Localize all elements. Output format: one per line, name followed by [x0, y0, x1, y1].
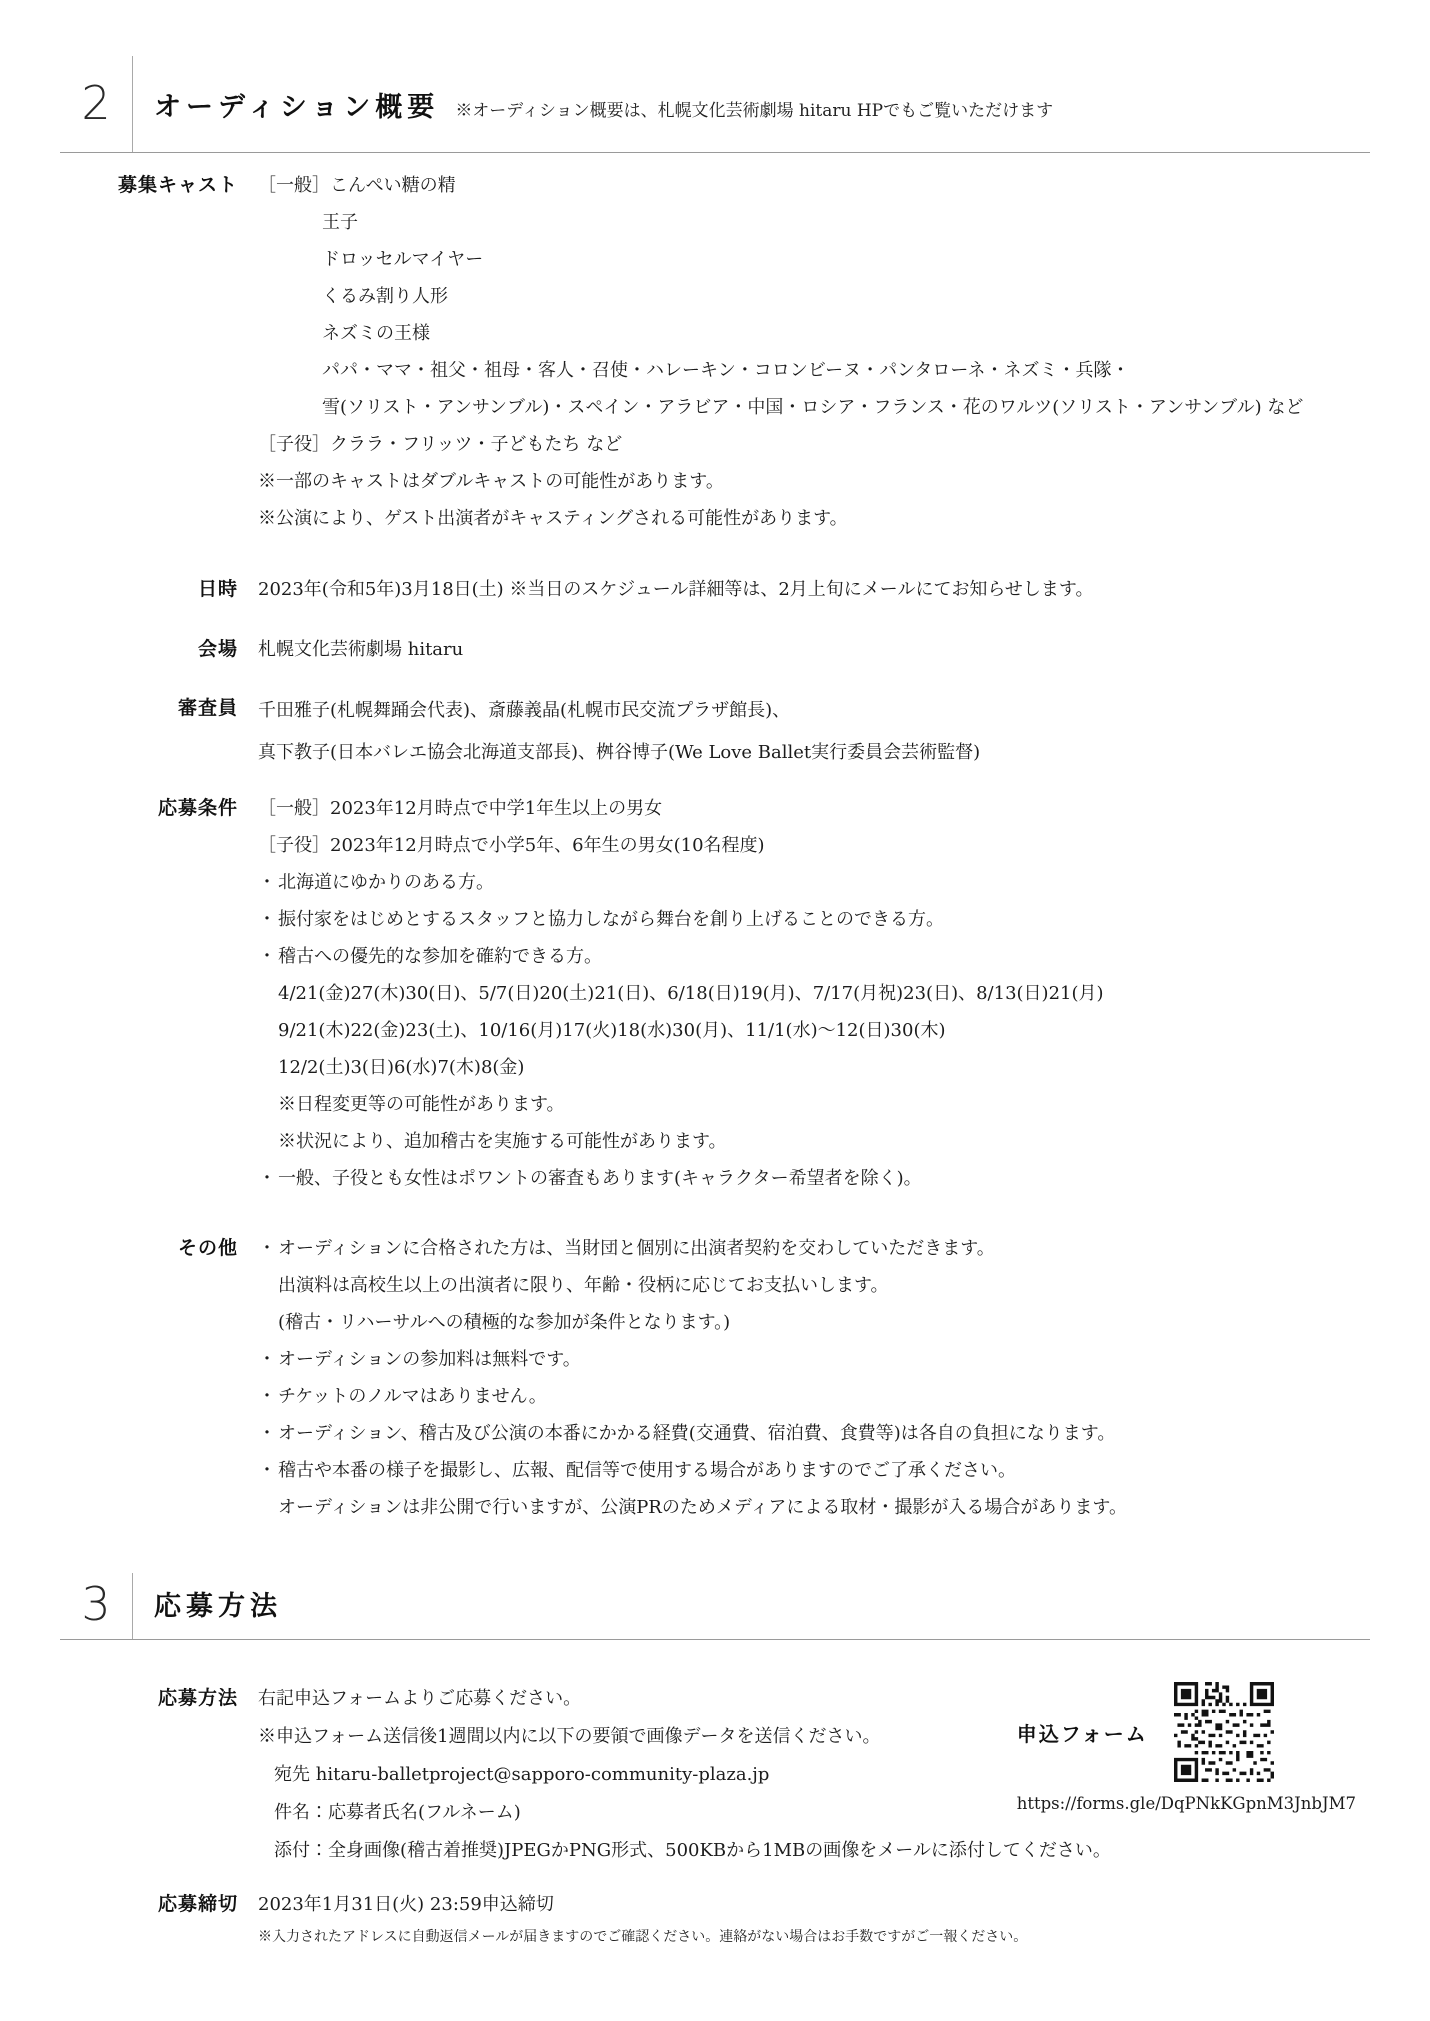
- venue-text: 札幌文化芸術劇場 hitaru: [258, 631, 1370, 668]
- form-label: 申込フォーム: [1017, 1718, 1148, 1747]
- conditions-bullet: ・振付家をはじめとするスタッフと協力しながら舞台を創り上げることのできる方。: [258, 901, 1370, 938]
- qr-code[interactable]: [1174, 1682, 1274, 1782]
- bullet-icon: ・: [258, 864, 278, 901]
- conditions-child-tag: ［子役］: [258, 827, 330, 864]
- conditions-bullet-text: 稽古への優先的な参加を確約できる方。: [278, 946, 602, 967]
- rehearsal-dates: 4/21(金)27(木)30(日)、5/7(日)20(土)21(日)、6/18(…: [278, 975, 1370, 1012]
- email-address[interactable]: hitaru-balletproject@sapporo-community-p…: [316, 1764, 770, 1785]
- rehearsal-dates: 12/2(土)3(日)6(水)7(木)8(金): [278, 1049, 1370, 1086]
- cast-general-lead: こんぺい糖の精: [330, 175, 456, 196]
- conditions-bullet: ・北海道にゆかりのある方。: [258, 864, 1370, 901]
- datetime-text: 2023年(令和5年)3月18日(土) ※当日のスケジュール詳細等は、2月上旬に…: [258, 571, 1370, 608]
- section2-title: オーディション概要: [154, 85, 439, 124]
- judges-label: 審査員: [60, 690, 238, 774]
- bullet-icon: ・: [258, 938, 278, 975]
- attachment-line: 添付：全身画像(稽古着推奨)JPEGかPNG形式、500KBから1MBの画像をメ…: [274, 1832, 1370, 1870]
- conditions-general-tag: ［一般］: [258, 790, 330, 827]
- others-label: その他: [60, 1230, 238, 1526]
- conditions-bullet-text: 振付家をはじめとするスタッフと協力しながら舞台を創り上げることのできる方。: [278, 909, 944, 930]
- section-divider: [132, 56, 133, 152]
- conditions-bullet-text: 一般、子役とも女性はポワントの審査もあります(キャラクター希望者を除く)。: [278, 1168, 922, 1189]
- cast-item: パパ・ママ・祖父・祖母・客人・召使・ハレーキン・コロンビーヌ・パンタローネ・ネズ…: [322, 352, 1370, 389]
- venue-label: 会場: [60, 631, 238, 668]
- cast-child-text: クララ・フリッツ・子どもたち など: [330, 434, 622, 455]
- deadline-content: 2023年1月31日(火) 23:59申込締切 ※入力されたアドレスに自動返信メ…: [258, 1886, 1370, 1949]
- bullet-icon: ・: [258, 901, 278, 938]
- bullet-icon: ・: [258, 1230, 278, 1267]
- conditions-general-text: 2023年12月時点で中学1年生以上の男女: [330, 798, 662, 819]
- section-divider: [132, 1573, 133, 1639]
- cast-general-lead-line: ［一般］こんぺい糖の精: [258, 167, 1370, 204]
- form-row: 申込フォーム: [1017, 1682, 1356, 1782]
- others-bullet-text: オーディション、稽古及び公演の本番にかかる経費(交通費、宿泊費、食費等)は各自の…: [278, 1423, 1115, 1444]
- deadline-note: ※入力されたアドレスに自動返信メールが届きますのでご確認ください。連絡がない場合…: [258, 1925, 1370, 1949]
- section2-title-wrap: オーディション概要 ※オーディション概要は、札幌文化芸術劇場 hitaru HP…: [154, 85, 1053, 124]
- cast-label: 募集キャスト: [60, 167, 238, 537]
- bullet-icon: ・: [258, 1452, 278, 1489]
- bullet-icon: ・: [258, 1378, 278, 1415]
- cast-item: くるみ割り人形: [322, 278, 1370, 315]
- bullet-icon: ・: [258, 1415, 278, 1452]
- conditions-general-line: ［一般］2023年12月時点で中学1年生以上の男女: [258, 790, 1370, 827]
- conditions-bullet: ・一般、子役とも女性はポワントの審査もあります(キャラクター希望者を除く)。: [258, 1160, 1370, 1197]
- datetime-content: 2023年(令和5年)3月18日(土) ※当日のスケジュール詳細等は、2月上旬に…: [258, 571, 1370, 608]
- cast-child-tag: ［子役］: [258, 426, 330, 463]
- datetime-section: 日時 2023年(令和5年)3月18日(土) ※当日のスケジュール詳細等は、2月…: [60, 571, 1370, 608]
- cast-item: 王子: [322, 204, 1370, 241]
- judges-line: 千田雅子(札幌舞踊会代表)、斎藤義晶(札幌市民交流プラザ館長)、: [258, 690, 1370, 732]
- recipient-label: 宛先: [274, 1764, 310, 1785]
- rehearsal-dates: 9/21(木)22(金)23(土)、10/16(月)17(火)18(水)30(月…: [278, 1012, 1370, 1049]
- others-sub-line: 出演料は高校生以上の出演者に限り、年齢・役柄に応じてお支払いします。: [278, 1267, 1370, 1304]
- deadline-section: 応募締切 2023年1月31日(火) 23:59申込締切 ※入力されたアドレスに…: [60, 1886, 1370, 1949]
- others-bullet: ・オーディションの参加料は無料です。: [258, 1341, 1370, 1378]
- others-bullet: ・オーディションに合格された方は、当財団と個別に出演者契約を交わしていただきます…: [258, 1230, 1370, 1267]
- others-content: ・オーディションに合格された方は、当財団と個別に出演者契約を交わしていただきます…: [258, 1230, 1370, 1526]
- conditions-bullet-text: 北海道にゆかりのある方。: [278, 872, 494, 893]
- judges-section: 審査員 千田雅子(札幌舞踊会代表)、斎藤義晶(札幌市民交流プラザ館長)、 真下教…: [60, 690, 1370, 774]
- cast-general-tag: ［一般］: [258, 167, 330, 204]
- section2-header: 2 オーディション概要 ※オーディション概要は、札幌文化芸術劇場 hitaru …: [60, 0, 1370, 153]
- judges-content: 千田雅子(札幌舞踊会代表)、斎藤義晶(札幌市民交流プラザ館長)、 真下教子(日本…: [258, 690, 1370, 774]
- deadline-text: 2023年1月31日(火) 23:59申込締切: [258, 1886, 1370, 1923]
- section2-note: ※オーディション概要は、札幌文化芸術劇場 hitaru HPでもご覧いただけます: [455, 96, 1053, 121]
- conditions-content: ［一般］2023年12月時点で中学1年生以上の男女 ［子役］2023年12月時点…: [258, 790, 1370, 1197]
- deadline-label: 応募締切: [60, 1886, 238, 1949]
- venue-section: 会場 札幌文化芸術劇場 hitaru: [60, 631, 1370, 668]
- audition-document: 2 オーディション概要 ※オーディション概要は、札幌文化芸術劇場 hitaru …: [0, 0, 1430, 2021]
- cast-item: ネズミの王様: [322, 315, 1370, 352]
- others-bullet-text: オーディションの参加料は無料です。: [278, 1349, 581, 1370]
- others-bullet: ・稽古や本番の様子を撮影し、広報、配信等で使用する場合がありますのでご了承くださ…: [258, 1452, 1370, 1489]
- others-bullet-text: 稽古や本番の様子を撮影し、広報、配信等で使用する場合がありますのでご了承ください…: [278, 1460, 1016, 1481]
- datetime-label: 日時: [60, 571, 238, 608]
- conditions-child-line: ［子役］2023年12月時点で小学5年、6年生の男女(10名程度): [258, 827, 1370, 864]
- conditions-child-text: 2023年12月時点で小学5年、6年生の男女(10名程度): [330, 835, 765, 856]
- form-url[interactable]: https://forms.gle/DqPNkKGpnM3JnbJM7: [1017, 1794, 1356, 1813]
- cast-section: 募集キャスト ［一般］こんぺい糖の精 王子 ドロッセルマイヤー くるみ割り人形 …: [60, 167, 1370, 537]
- bullet-icon: ・: [258, 1160, 278, 1197]
- method-label: 応募方法: [60, 1680, 238, 1870]
- cast-note: ※一部のキャストはダブルキャストの可能性があります。: [258, 463, 1370, 500]
- application-form-box: 申込フォーム https://forms.gle/DqPNkKGpnM3JnbJ…: [1017, 1682, 1356, 1813]
- conditions-section: 応募条件 ［一般］2023年12月時点で中学1年生以上の男女 ［子役］2023年…: [60, 790, 1370, 1197]
- venue-content: 札幌文化芸術劇場 hitaru: [258, 631, 1370, 668]
- conditions-note: ※日程変更等の可能性があります。: [278, 1086, 1370, 1123]
- section3-header: 3 応募方法: [60, 1573, 1370, 1640]
- others-sub-line: オーディションは非公開で行いますが、公演PRのためメディアによる取材・撮影が入る…: [278, 1489, 1370, 1526]
- cast-note: ※公演により、ゲスト出演者がキャスティングされる可能性があります。: [258, 500, 1370, 537]
- cast-item: 雪(ソリスト・アンサンブル)・スペイン・アラビア・中国・ロシア・フランス・花のワ…: [322, 389, 1370, 426]
- others-bullet: ・オーディション、稽古及び公演の本番にかかる経費(交通費、宿泊費、食費等)は各自…: [258, 1415, 1370, 1452]
- others-bullet-text: オーディションに合格された方は、当財団と個別に出演者契約を交わしていただきます。: [278, 1238, 995, 1259]
- cast-content: ［一般］こんぺい糖の精 王子 ドロッセルマイヤー くるみ割り人形 ネズミの王様 …: [258, 167, 1370, 537]
- conditions-note: ※状況により、追加稽古を実施する可能性があります。: [278, 1123, 1370, 1160]
- others-section: その他 ・オーディションに合格された方は、当財団と個別に出演者契約を交わしていた…: [60, 1230, 1370, 1526]
- section3-title: 応募方法: [154, 1584, 282, 1623]
- conditions-bullet: ・稽古への優先的な参加を確約できる方。: [258, 938, 1370, 975]
- others-bullet: ・チケットのノルマはありません。: [258, 1378, 1370, 1415]
- conditions-label: 応募条件: [60, 790, 238, 1197]
- others-sub-line: (稽古・リハーサルへの積極的な参加が条件となります。): [278, 1304, 1370, 1341]
- section2-number: 2: [60, 80, 132, 126]
- others-bullet-text: チケットのノルマはありません。: [278, 1386, 547, 1407]
- cast-item: ドロッセルマイヤー: [322, 241, 1370, 278]
- section3-title-wrap: 応募方法: [154, 1584, 282, 1623]
- section3-number: 3: [60, 1581, 132, 1627]
- cast-child-line: ［子役］クララ・フリッツ・子どもたち など: [258, 426, 1370, 463]
- bullet-icon: ・: [258, 1341, 278, 1378]
- judges-line: 真下教子(日本バレエ協会北海道支部長)、桝谷博子(We Love Ballet実…: [258, 732, 1370, 774]
